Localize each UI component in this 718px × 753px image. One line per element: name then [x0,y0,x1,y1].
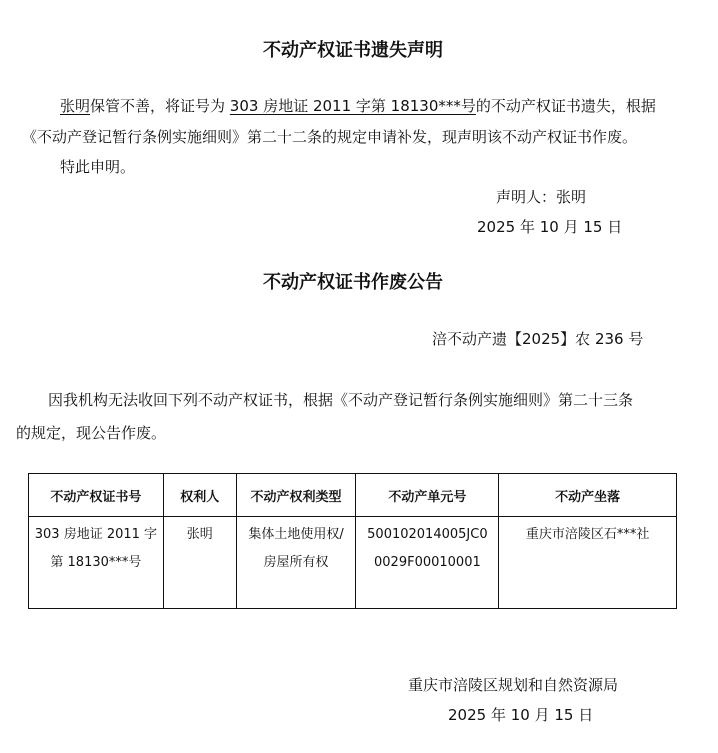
declarant-name: 张明 [60,97,90,115]
announcement-title: 不动产权证书作废公告 [0,268,706,294]
header-cert-number: 不动产权证书号 [29,474,164,517]
cell-right-type: 集体土地使用权/ 房屋所有权 [236,517,356,609]
header-right-type: 不动产权利类型 [236,474,356,517]
declaration-text-2: 的不动产权证书遗失，根据 [476,97,656,115]
header-owner: 权利人 [163,474,236,517]
announcement-paragraph-line-2: 的规定，现公告作废。 [16,423,166,443]
header-unit-number: 不动产单元号 [356,474,499,517]
table-header-row: 不动产权证书号 权利人 不动产权利类型 不动产单元号 不动产坐落 [29,474,677,517]
declarant-signature: 声明人：张明 [496,187,586,207]
table-row: 303 房地证 2011 字 第 18130***号 张明 集体土地使用权/ 房… [29,517,677,609]
declaration-paragraph-line-1: 张明保管不善，将证号为 303 房地证 2011 字第 18130***号的不动… [60,96,656,116]
cell-owner: 张明 [163,517,236,609]
issuer-name: 重庆市涪陵区规划和自然资源局 [408,675,618,695]
certificate-number: 303 房地证 2011 字第 18130***号 [230,97,476,115]
cert-number-line-2: 第 18130***号 [33,549,159,577]
cert-number-line-1: 303 房地证 2011 字 [33,521,159,549]
announcement-paragraph-line-1: 因我机构无法收回下列不动产权证书，根据《不动产登记暂行条例实施细则》第二十三条 [48,390,633,410]
unit-number-line-2: 0029F00010001 [360,549,494,577]
announcement-date: 2025 年 10 月 15 日 [448,705,593,725]
cell-cert-number: 303 房地证 2011 字 第 18130***号 [29,517,164,609]
declaration-date: 2025 年 10 月 15 日 [477,217,622,237]
declaration-paragraph-line-3: 特此申明。 [60,157,135,177]
declaration-paragraph-line-2: 《不动产登记暂行条例实施细则》第二十二条的规定申请补发，现声明该不动产权证书作废… [22,127,637,147]
declaration-text-1: 保管不善，将证号为 [90,97,230,115]
cell-location: 重庆市涪陵区石***社 [499,517,677,609]
announcement-doc-number: 涪不动产遗【2025】农 236 号 [432,329,643,349]
header-location: 不动产坐落 [499,474,677,517]
void-certificate-table: 不动产权证书号 权利人 不动产权利类型 不动产单元号 不动产坐落 303 房地证… [28,473,677,609]
right-type-line-2: 房屋所有权 [241,549,352,577]
cell-unit-number: 500102014005JC0 0029F00010001 [356,517,499,609]
declaration-title: 不动产权证书遗失声明 [0,36,706,62]
right-type-line-1: 集体土地使用权/ [241,521,352,549]
unit-number-line-1: 500102014005JC0 [360,521,494,549]
